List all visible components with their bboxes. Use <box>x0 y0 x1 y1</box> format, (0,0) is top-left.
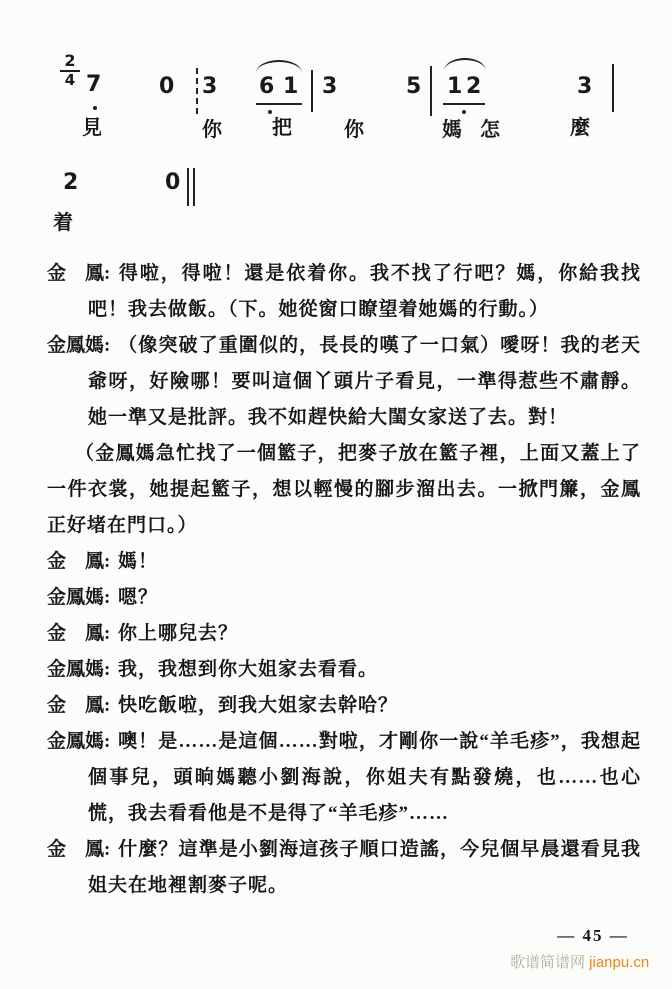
speech-text: 我，我想到你大姐家去看看。 <box>118 659 378 680</box>
slur-arc <box>444 58 486 71</box>
speech-text: 快吃飯啦，到我大姐家去幹哈？ <box>118 695 398 716</box>
dialogue-line: 金鳳媽:（像突破了重圍似的，長長的嘆了一口氣）噯呀！我的老天爺呀，好險哪！要叫這… <box>88 328 641 436</box>
dialogue-line: 金鳳媽:我，我想到你大姐家去看看。 <box>88 652 641 688</box>
barline <box>311 70 313 112</box>
rest-note: 0 <box>159 76 174 98</box>
speaker-name: 金鳳媽: <box>47 724 118 760</box>
scanned-script-page: 2 4 7 0 3 6 1 3 5 1 2 3 見 你 把 你 媽 怎 麼 <box>0 0 672 989</box>
lyric-syllable: 媽 <box>442 120 462 140</box>
script-dialogue: 金 鳳:得啦，得啦！還是依着你。我不找了行吧？媽，你給我找吧！我去做飯。（下。她… <box>47 256 641 904</box>
dialogue-line: 金鳳媽:嗯？ <box>88 580 641 616</box>
time-signature: 2 4 <box>57 53 83 88</box>
octave-dot <box>268 110 272 114</box>
time-signature-denominator: 4 <box>65 73 75 88</box>
octave-dot <box>93 106 97 110</box>
dialogue-line: 金 鳳:什麼？這準是小劉海這孩子順口造謠，今兒個早晨還看見我姐夫在地裡割麥子呢。 <box>88 832 641 904</box>
speaker-name: 金 鳳: <box>47 616 118 652</box>
note: 6 <box>259 76 274 98</box>
speaker-name: 金鳳媽: <box>47 580 118 616</box>
dashed-barline <box>196 68 198 114</box>
page-number: — 45 — <box>538 926 648 946</box>
speech-text: 媽！ <box>118 551 158 572</box>
note: 1 <box>283 76 298 98</box>
lyric-syllable: 把 <box>272 118 292 138</box>
speaker-name: 金 鳳: <box>47 256 118 292</box>
rest-note: 0 <box>165 172 180 194</box>
speech-text: 噢！是……是這個……對啦，才剛你一說“羊毛疹”，我想起個事兒，頭晌媽聽小劉海說，… <box>88 731 641 824</box>
note: 2 <box>63 172 78 194</box>
eighth-beam <box>443 103 485 105</box>
eighth-beam <box>256 103 302 105</box>
barline <box>430 66 432 116</box>
stage-direction: （金鳳媽急忙找了一個籃子，把麥子放在籃子裡，上面又蓋上了一件衣裳，她提起籃子，想… <box>47 436 641 544</box>
dialogue-line: 金 鳳:你上哪兒去？ <box>88 616 641 652</box>
watermark: 歌谱简谱网 jianpu.cn <box>510 951 649 972</box>
note: 3 <box>577 76 592 98</box>
final-double-barline <box>187 168 195 206</box>
speech-text: 什麼？這準是小劉海這孩子順口造謠，今兒個早晨還看見我姐夫在地裡割麥子呢。 <box>88 839 641 896</box>
watermark-link[interactable]: jianpu.cn <box>589 954 649 971</box>
stage-direction-text: （金鳳媽急忙找了一個籃子，把麥子放在籃子裡，上面又蓋上了一件衣裳，她提起籃子，想… <box>47 443 641 536</box>
speaker-name: 金鳳媽: <box>47 652 118 688</box>
note: 3 <box>202 76 217 98</box>
octave-dot <box>462 110 466 114</box>
dialogue-line: 金 鳳:快吃飯啦，到我大姐家去幹哈？ <box>88 688 641 724</box>
speaker-name: 金 鳳: <box>47 544 118 580</box>
dialogue-line: 金鳳媽:噢！是……是這個……對啦，才剛你一說“羊毛疹”，我想起個事兒，頭晌媽聽小… <box>88 724 641 832</box>
time-signature-numerator: 2 <box>64 53 75 69</box>
speaker-name: 金 鳳: <box>47 688 118 724</box>
lyric-syllable: 麼 <box>570 118 590 138</box>
dialogue-line: 金 鳳:得啦，得啦！還是依着你。我不找了行吧？媽，你給我找吧！我去做飯。（下。她… <box>88 256 641 328</box>
lyric-syllable: 怎 <box>480 120 500 140</box>
note: 3 <box>322 76 337 98</box>
lyric-syllable: 見 <box>82 118 102 138</box>
lyric-syllable: 你 <box>202 120 222 140</box>
watermark-site-name: 歌谱简谱网 <box>510 954 589 971</box>
note: 2 <box>466 76 481 98</box>
speaker-name: 金 鳳: <box>47 832 118 868</box>
lyric-syllable: 着 <box>53 213 73 233</box>
speech-text: 嗯？ <box>118 587 158 608</box>
speech-text: 你上哪兒去？ <box>118 623 238 644</box>
slur-arc <box>256 60 302 73</box>
speech-text: 得啦，得啦！還是依着你。我不找了行吧？媽，你給我找吧！我去做飯。（下。她從窗口瞭… <box>88 263 641 320</box>
note: 1 <box>447 76 462 98</box>
note: 7 <box>86 74 101 96</box>
speaker-name: 金鳳媽: <box>47 328 118 364</box>
lyric-syllable: 你 <box>344 120 364 140</box>
note: 5 <box>406 76 421 98</box>
barline <box>612 64 614 112</box>
dialogue-line: 金 鳳:媽！ <box>88 544 641 580</box>
speech-text: （像突破了重圍似的，長長的嘆了一口氣）噯呀！我的老天爺呀，好險哪！要叫這個丫頭片… <box>88 335 641 428</box>
